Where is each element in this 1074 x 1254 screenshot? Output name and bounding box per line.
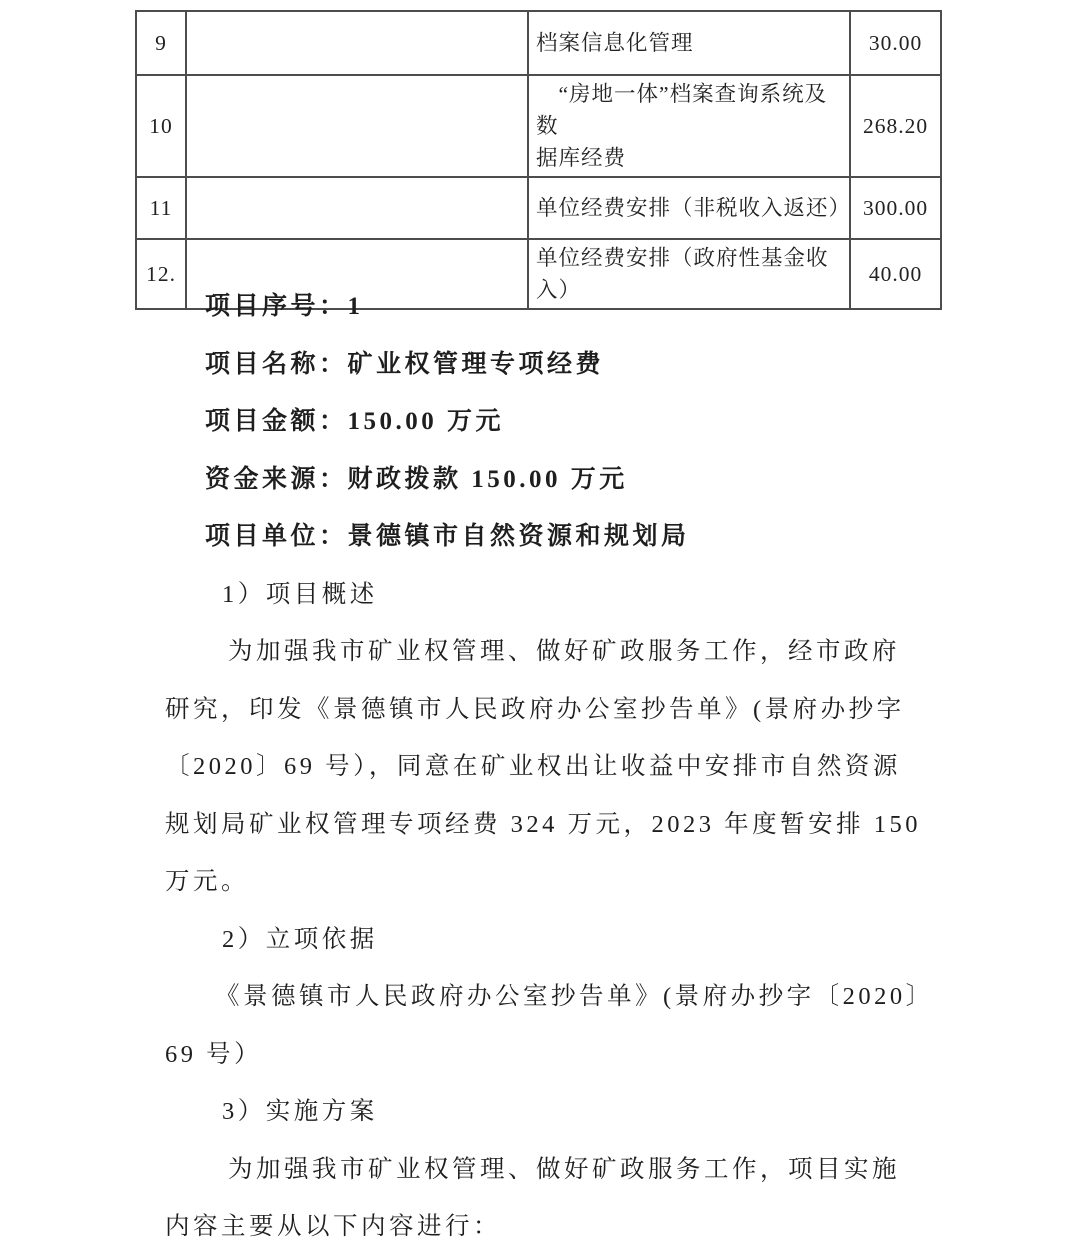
section2-heading: 2）立项依据	[165, 911, 940, 969]
budget-table: 9 档案信息化管理 30.00 10 “房地一体”档案查询系统及数 据库经费 2…	[135, 10, 942, 310]
section1-line: 规划局矿业权管理专项经费 324 万元，2023 年度暂安排 150	[165, 796, 940, 854]
section1-heading: 1）项目概述	[165, 566, 940, 624]
document-page: 9 档案信息化管理 30.00 10 “房地一体”档案查询系统及数 据库经费 2…	[0, 0, 1074, 1254]
blank-cell	[186, 11, 528, 75]
field-funding-source: 资金来源：财政拨款 150.00 万元	[165, 451, 940, 509]
amount-cell: 300.00	[850, 177, 941, 239]
table-row: 9 档案信息化管理 30.00	[136, 11, 941, 75]
field-project-name: 项目名称：矿业权管理专项经费	[165, 336, 940, 394]
section1-line: 〔2020〕69 号），同意在矿业权出让收益中安排市自然资源	[165, 738, 940, 796]
section1-line: 为加强我市矿业权管理、做好矿政服务工作，经市政府	[165, 623, 940, 681]
document-body: 项目序号：1 项目名称：矿业权管理专项经费 项目金额：150.00 万元 资金来…	[165, 278, 940, 1254]
field-project-amount: 项目金额：150.00 万元	[165, 393, 940, 451]
row-number-cell: 10	[136, 75, 186, 177]
section2-line: 《景德镇市人民政府办公室抄告单》(景府办抄字〔2020〕	[165, 968, 940, 1026]
item-cell: 档案信息化管理	[528, 11, 850, 75]
section3-line: 为加强我市矿业权管理、做好矿政服务工作，项目实施	[165, 1141, 940, 1199]
section2-line: 69 号）	[165, 1026, 940, 1084]
blank-cell	[186, 75, 528, 177]
row-number-cell: 9	[136, 11, 186, 75]
section3-line: 内容主要从以下内容进行：	[165, 1198, 940, 1254]
blank-cell	[186, 177, 528, 239]
table-row: 11 单位经费安排（非税收入返还） 300.00	[136, 177, 941, 239]
amount-cell: 268.20	[850, 75, 941, 177]
table-row: 10 “房地一体”档案查询系统及数 据库经费 268.20	[136, 75, 941, 177]
section1-line: 万元。	[165, 853, 940, 911]
section1-line: 研究，印发《景德镇市人民政府办公室抄告单》(景府办抄字	[165, 681, 940, 739]
item-cell: “房地一体”档案查询系统及数 据库经费	[528, 75, 850, 177]
row-number-cell: 11	[136, 177, 186, 239]
section3-heading: 3）实施方案	[165, 1083, 940, 1141]
field-project-unit: 项目单位：景德镇市自然资源和规划局	[165, 508, 940, 566]
amount-cell: 30.00	[850, 11, 941, 75]
item-cell: 单位经费安排（非税收入返还）	[528, 177, 850, 239]
field-project-number: 项目序号：1	[165, 278, 940, 336]
